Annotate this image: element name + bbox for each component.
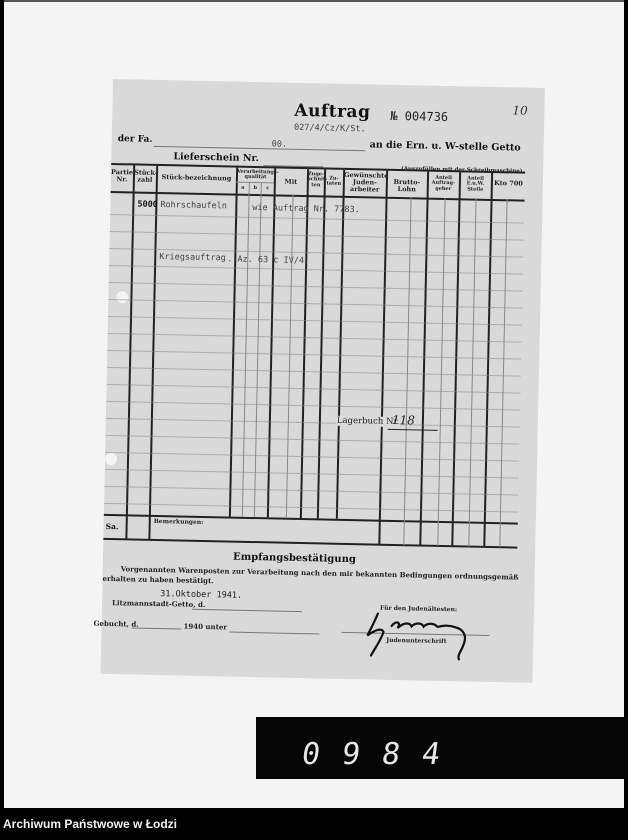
col-divider (451, 172, 460, 546)
counter-digit: 9 (340, 737, 363, 772)
lagerbuch-underline (388, 429, 438, 431)
row-rule (104, 503, 518, 513)
col-divider (336, 170, 345, 519)
gebucht-underline (131, 628, 181, 630)
row-2-note: . Az. 63 c IV/4. (227, 254, 309, 266)
header-partie: Partie Nr. (111, 169, 133, 183)
lagerbuch-label: Lagerbuch Nr. (336, 416, 401, 427)
reference-code: 027/4/Cz/K/St. (294, 123, 366, 134)
counter-digit: 4 (420, 737, 443, 772)
row-rule (110, 231, 524, 241)
header-zutaten: Zu-taten (325, 176, 343, 187)
order-number: № 004736 (390, 109, 448, 124)
bemerkungen-label: Bemerkungen: (154, 518, 204, 526)
row-rule (110, 214, 524, 224)
place-underline (192, 609, 302, 612)
header-bezeichnung: Stück-bezeichnung (157, 174, 236, 182)
row-rule (105, 452, 519, 462)
col-divider (125, 165, 134, 539)
header-gewuenschte: Gewünschte Juden-arbeiter (344, 172, 386, 193)
sum-bottom-rule (103, 538, 517, 548)
row-rule (108, 299, 522, 309)
col-divider (378, 171, 387, 545)
header-qual-a: a (237, 186, 249, 192)
row-rule (109, 265, 523, 275)
order-form-paper: Auftrag № 004736 10 027/4/Cz/K/St. der F… (101, 79, 545, 683)
row-rule (109, 282, 523, 292)
header-qual-c: c (262, 186, 274, 192)
row-rule (107, 384, 521, 394)
hole-punch (116, 291, 128, 303)
lagerbuch-value: 118 (392, 413, 415, 427)
archive-footer: Archiwum Państwowe w Łodzi (0, 808, 628, 840)
row-rule (108, 316, 522, 326)
scan-top-edge (4, 0, 624, 2)
header-brutto: Brutto-Lohn (387, 179, 427, 193)
header-zugeschnitten: Zuge-schnit-ten (308, 172, 324, 188)
firm-underline (154, 146, 366, 151)
col-divider (483, 173, 492, 547)
col-divider (317, 169, 326, 518)
header-anteil-ew: Anteil E.u.W. Stelle (460, 176, 491, 192)
confirmation-heading: Empfangsbestätigung (233, 552, 356, 566)
year-underline (229, 632, 319, 635)
header-anteil-auftrag: Anteil Auftrag-geber (428, 176, 459, 192)
col-divider-thin (254, 182, 262, 517)
lieferschein-label: Lieferschein Nr. (173, 151, 259, 164)
handwritten-page-number: 10 (512, 103, 528, 117)
archive-name: Archiwum Państwowe w Łodzi (3, 817, 177, 831)
row-rule (106, 401, 520, 411)
year-label: 1940 unter (183, 622, 227, 632)
header-kto: Kto 700 (492, 180, 525, 188)
firm-value: 00. (272, 139, 288, 149)
row-rule (107, 350, 521, 360)
counter-digit: 8 (380, 737, 403, 772)
col-divider (148, 166, 157, 540)
confirmation-text-line2: erhalten zu haben bestätigt. (102, 574, 213, 585)
row-1-note: wie Auftrag Nr. 7783. (252, 203, 360, 215)
col-divider (419, 172, 428, 546)
header-qualitaet: Verarbeitungs-qualität (237, 170, 274, 181)
recipient: an die Ern. u. W-stelle Getto (370, 139, 521, 153)
place-label: Litzmannstadt-Getto, d. (112, 598, 206, 609)
col-divider (229, 168, 238, 517)
row-rule (107, 367, 521, 377)
header-mit: Mit (275, 178, 307, 185)
row-2-bezeichnung: Kriegsauftrag (159, 252, 226, 263)
row-rule (106, 435, 520, 445)
row-rule (106, 418, 520, 428)
hole-punch (105, 453, 117, 465)
col-divider-thin (242, 182, 250, 517)
col-divider (267, 168, 276, 517)
row-1-bezeichnung: Rohrschaufeln (160, 200, 227, 211)
handwritten-signature (363, 609, 494, 672)
row-1-stueckzahl: 5000 (137, 200, 158, 210)
frame-counter-strip: 0 9 8 4 (256, 717, 628, 779)
counter-digit: 0 (300, 737, 323, 772)
row-rule (104, 486, 518, 496)
form-title: Auftrag (294, 101, 370, 123)
header-stueckzahl: Stück-zahl (134, 169, 156, 183)
quality-subrule (236, 182, 274, 184)
header-qual-b: b (250, 186, 261, 191)
row-rule (105, 469, 519, 479)
col-divider (300, 169, 309, 518)
firm-label: der Fa. (118, 134, 153, 145)
row-rule (108, 333, 522, 343)
summe-label: Sa. (106, 522, 119, 531)
col-divider-thin (286, 195, 294, 518)
